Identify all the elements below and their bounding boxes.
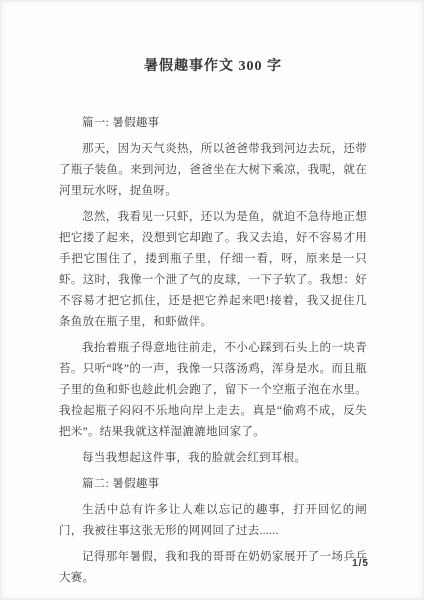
page-number: 1/5: [352, 558, 369, 569]
document-title: 暑假趣事作文 300 字: [59, 55, 367, 75]
section-heading: 篇一: 暑假趣事: [59, 113, 367, 134]
essay-paragraph: 生活中总有许多让人难以忘记的趣事，打开回忆的闸门，我被往事这张无形的网网回了过去…: [59, 500, 367, 542]
document-page: 暑假趣事作文 300 字 篇一: 暑假趣事那天，因为天气炎热，所以爸爸带我到河边…: [0, 0, 424, 600]
essay-content: 篇一: 暑假趣事那天，因为天气炎热，所以爸爸带我到河边去玩，还带了瓶子装鱼。来到…: [59, 113, 367, 589]
essay-paragraph: 记得那年暑假，我和我的哥哥在奶奶家展开了一场乒乓大赛。: [59, 547, 367, 589]
essay-paragraph: 那天，因为天气炎热，所以爸爸带我到河边去玩，还带了瓶子装鱼。来到河边，爸爸坐在大…: [59, 139, 367, 202]
essay-paragraph: 我抬着瓶子得意地往前走，不小心踩到石头上的一块青苔。只听“咚”的一声，我像一只落…: [59, 338, 367, 443]
essay-paragraph: 忽然，我看见一只虾，还以为是鱼，就迫不急待地正想把它搂了起来，没想到它却跑了。我…: [59, 207, 367, 333]
essay-paragraph: 每当我想起这件事，我的脸就会红到耳根。: [59, 448, 367, 469]
section-heading: 篇二: 暑假趣事: [59, 474, 367, 495]
